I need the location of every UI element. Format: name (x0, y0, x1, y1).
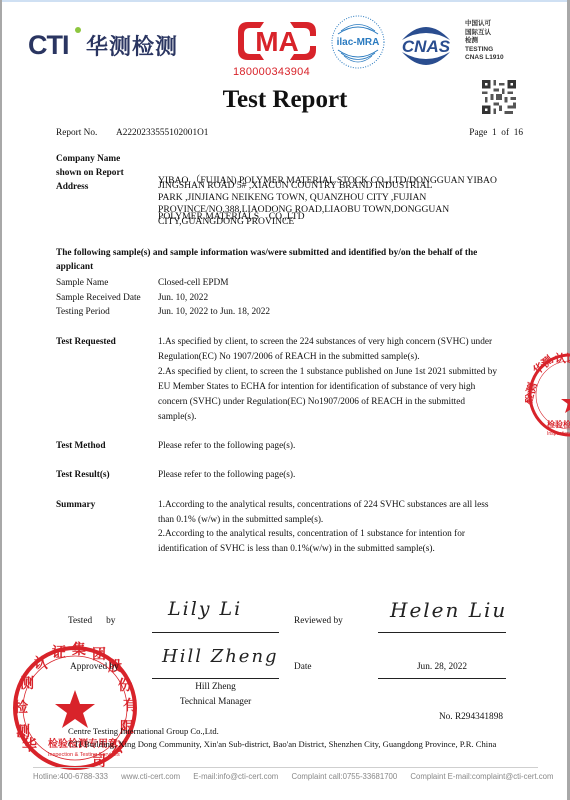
page-indicator: Page 1 of 16 (469, 126, 523, 140)
footer-hotline: Hotline:400-6788-333 (33, 772, 108, 781)
svg-text:份: 份 (118, 677, 132, 694)
svg-text:Inspection & T: Inspection & T (547, 431, 570, 437)
date-line (378, 678, 506, 679)
cti-logo: CTI (28, 30, 69, 61)
cma-logo-icon: MA (234, 18, 320, 64)
date-label: Date (294, 660, 312, 674)
footer-complaint-call: Complaint call:0755-33681700 (291, 772, 397, 781)
svg-text:检验检测: 检验检测 (547, 419, 570, 429)
address-label: Address (56, 180, 124, 194)
ilac-mra-logo-icon: ilac-MRA (330, 14, 386, 70)
company-seal-stamp-right: 华测 认证集 检测 检验检测 Inspection & T (525, 345, 570, 445)
test-results-value: Please refer to the following page(s). (158, 468, 518, 482)
sample-row-value: Jun. 10, 2022 (158, 291, 208, 306)
address-line: JINGSHAN ROAD 5# ,XIACUN COUNTRY BRAND I… (158, 180, 518, 192)
issuer-block: Centre Testing International Group Co.,L… (68, 725, 496, 751)
page-title: Test Report (0, 86, 570, 114)
approver-info: Hill Zheng Technical Manager (152, 680, 279, 710)
sample-row-label: Testing Period (56, 305, 158, 320)
sample-row-value: Closed-cell EPDM (158, 276, 229, 291)
issuer-address: CTI Building, Xing Dong Community, Xin'a… (68, 738, 496, 751)
address-line: PARK ,JINJIANG NEIKENG TOWN, QUANZHOU CI… (158, 192, 518, 204)
svg-text:认: 认 (34, 655, 48, 672)
test-requested-line: concern (SVHC) under Regulation(EC) No19… (158, 395, 528, 410)
company-label-line: shown on Report (56, 166, 124, 180)
reviewed-by-signature: Helen Liu (390, 598, 507, 622)
footer-email-link[interactable]: E-mail:info@cti-cert.com (193, 772, 278, 781)
footer-divider (33, 767, 538, 768)
cnas-line: 国际互认 (465, 29, 504, 38)
sample-row-label: Sample Name (56, 276, 158, 291)
sample-intro: The following sample(s) and sample infor… (56, 246, 526, 274)
sample-row: Sample Name Closed-cell EPDM (56, 276, 526, 291)
page-top-border (0, 0, 570, 2)
approved-by-label: Approved by (70, 660, 119, 674)
summary-line: 1.According to the analytical results, c… (158, 498, 528, 513)
cti-logo-dot (75, 27, 81, 33)
reviewed-by-label: Reviewed by (294, 614, 343, 628)
svg-text:有: 有 (123, 697, 137, 714)
svg-text:检测: 检测 (525, 381, 540, 406)
approver-name: Hill Zheng (152, 680, 279, 695)
cma-number: 180000343904 (233, 66, 310, 78)
summary-label: Summary (56, 498, 95, 512)
approver-title: Technical Manager (152, 695, 279, 710)
footer-contacts: Hotline:400-6788-333 www.cti-cert.com E-… (33, 772, 543, 781)
test-results-label: Test Result(s) (56, 468, 110, 482)
test-method-value: Please refer to the following page(s). (158, 439, 518, 453)
sample-row: Sample Received Date Jun. 10, 2022 (56, 291, 526, 306)
cnas-logo-icon: CNAS (394, 18, 458, 72)
sample-row: Testing Period Jun. 10, 2022 to Jun. 18,… (56, 305, 526, 320)
issuer-company: Centre Testing International Group Co.,L… (68, 725, 496, 738)
approved-by-signature: Hill Zheng (162, 646, 279, 667)
svg-text:检: 检 (14, 699, 29, 716)
tested-by-line (152, 632, 279, 633)
cnas-line: 检测 (465, 37, 504, 46)
tested-by-label: Tested by (68, 614, 115, 628)
svg-text:ilac-MRA: ilac-MRA (337, 37, 380, 48)
date-value: Jun. 28, 2022 (378, 660, 506, 674)
footer-website-link[interactable]: www.cti-cert.com (121, 772, 180, 781)
sample-intro-line: applicant (56, 260, 526, 274)
report-no: A2220233555102001O1 (116, 126, 208, 140)
svg-text:Inspection & Testing Services: Inspection & Testing Services (48, 752, 120, 758)
approved-by-line (152, 678, 279, 679)
svg-text:CNAS: CNAS (402, 37, 451, 56)
tested-by-signature: Lily Li (168, 598, 242, 620)
svg-text:集: 集 (72, 641, 86, 658)
test-method-label: Test Method (56, 439, 106, 453)
cnas-line: 中国认可 (465, 20, 504, 29)
report-no-label: Report No. (56, 126, 97, 140)
address-line: CITY,GUANGDONG PROVINCE (158, 216, 518, 228)
page-left-border (0, 0, 2, 800)
sample-row-value: Jun. 10, 2022 to Jun. 18, 2022 (158, 305, 270, 320)
sample-intro-line: The following sample(s) and sample infor… (56, 246, 526, 260)
test-requested-line: 1.As specified by client, to screen the … (158, 335, 528, 350)
summary-text: 1.According to the analytical results, c… (158, 498, 528, 556)
test-requested-label: Test Requested (56, 335, 116, 349)
cti-logo-text: CTI (28, 30, 69, 60)
brand-name-cn: 华测检测 (86, 30, 178, 61)
svg-text:证: 证 (52, 644, 66, 661)
cnas-line: CNAS L1910 (465, 54, 504, 63)
summary-line: than 0.1% (w/w) in the submitted sample(… (158, 513, 528, 528)
company-address: JINGSHAN ROAD 5# ,XIACUN COUNTRY BRAND I… (158, 180, 518, 228)
sample-info-table: Sample Name Closed-cell EPDM Sample Rece… (56, 276, 526, 320)
address-line: PROVINCE/NO.388,LIAODONG ROAD,LIAOBU TOW… (158, 204, 518, 216)
svg-text:MA: MA (255, 26, 299, 57)
reviewed-by-line (378, 632, 506, 633)
svg-text:测: 测 (16, 723, 30, 740)
footer-complaint-email-link[interactable]: Complaint E-mail:complaint@cti-cert.com (410, 772, 553, 781)
svg-text:认证集: 认证集 (555, 351, 570, 365)
company-label-line: Company Name (56, 152, 124, 166)
svg-text:测: 测 (20, 675, 34, 692)
company-name-label: Company Name shown on Report Address (56, 152, 124, 194)
test-requested-line: sample(s). (158, 410, 528, 425)
cnas-line: TESTING (465, 46, 504, 55)
test-requested-line: 2.As specified by client, to screen the … (158, 365, 528, 380)
summary-line: identification of SVHC is less than 0.1%… (158, 542, 528, 557)
cnas-accreditation-text: 中国认可 国际互认 检测 TESTING CNAS L1910 (465, 20, 504, 63)
certificate-number: No. R294341898 (439, 710, 503, 724)
svg-text:华测: 华测 (530, 352, 556, 377)
test-requested-line: Regulation(EC) No 1907/2006 of REACH in … (158, 350, 528, 365)
sample-row-label: Sample Received Date (56, 291, 158, 306)
test-requested-text: 1.As specified by client, to screen the … (158, 335, 528, 424)
test-requested-line: EU Member States to ECHA for intention f… (158, 380, 528, 395)
summary-line: 2.According to the analytical results, c… (158, 527, 528, 542)
